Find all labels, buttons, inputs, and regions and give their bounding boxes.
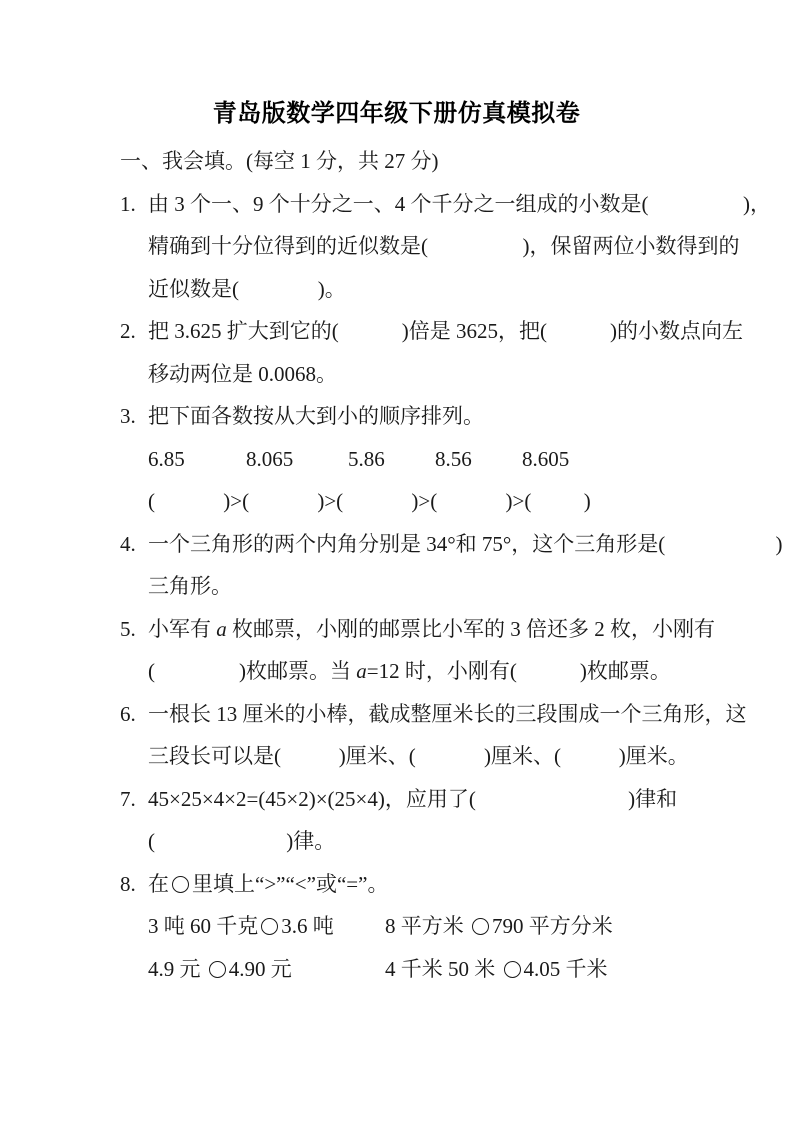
comparison-left: 3 吨 60 千克 <box>148 914 258 938</box>
comparison-circle-icon <box>172 876 189 893</box>
question-line: 4.一个三角形的两个内角分别是 34°和 75°，这个三角形是( ) <box>120 523 708 566</box>
math-variable: a <box>356 659 367 683</box>
question-text: 里填上“>”“<”或“=”。 <box>192 872 388 896</box>
question-text: 在 <box>148 872 169 896</box>
question-number: 8. <box>120 863 148 906</box>
question-text: 把 3.625 扩大到它的( )倍是 3625，把( )的小数点向左 <box>148 319 743 343</box>
question-line: ( )律。 <box>120 820 708 863</box>
math-variable: a <box>216 617 227 641</box>
question-2: 2.把 3.625 扩大到它的( )倍是 3625，把( )的小数点向左 移动两… <box>120 310 708 395</box>
question-line: 3.把下面各数按从大到小的顺序排列。 <box>120 395 708 438</box>
comparison-left: 4 千米 50 米 <box>385 957 501 981</box>
list-number: 8.56 <box>435 438 522 481</box>
question-4: 4.一个三角形的两个内角分别是 34°和 75°，这个三角形是( ) 三角形。 <box>120 523 708 608</box>
question-8: 8.在里填上“>”“<”或“=”。 3 吨 60 千克3.6 吨8 平方米 79… <box>120 863 708 991</box>
list-number: 8.605 <box>522 438 569 481</box>
question-number: 1. <box>120 183 148 226</box>
question-5: 5.小军有 a 枚邮票，小刚的邮票比小军的 3 倍还多 2 枚，小刚有 ( )枚… <box>120 608 708 693</box>
question-text: 45×25×4×2=(45×2)×(25×4)，应用了( )律和 <box>148 787 677 811</box>
number-list-row: 6.858.0655.868.568.605 <box>120 438 708 481</box>
comparison-row: 4.9 元 4.90 元4 千米 50 米 4.05 千米 <box>120 948 708 991</box>
question-number: 6. <box>120 693 148 736</box>
question-1: 1.由 3 个一、9 个十分之一、4 个千分之一组成的小数是( )， 精确到十分… <box>120 183 708 311</box>
list-number: 6.85 <box>148 438 246 481</box>
comparison-circle-icon <box>504 961 521 978</box>
list-number: 8.065 <box>246 438 348 481</box>
question-line: 三段长可以是( )厘米、( )厘米、( )厘米。 <box>120 735 708 778</box>
question-7: 7.45×25×4×2=(45×2)×(25×4)，应用了( )律和 ( )律。 <box>120 778 708 863</box>
question-6: 6.一根长 13 厘米的小棒，截成整厘米长的三段围成一个三角形，这 三段长可以是… <box>120 693 708 778</box>
question-text: 把下面各数按从大到小的顺序排列。 <box>148 404 484 428</box>
comparison-right: 3.6 吨 <box>281 914 334 938</box>
question-text: 一根长 13 厘米的小棒，截成整厘米长的三段围成一个三角形，这 <box>148 702 747 726</box>
question-text: 小军有 <box>148 617 216 641</box>
comparison-circle-icon <box>261 918 278 935</box>
question-line: 6.一根长 13 厘米的小棒，截成整厘米长的三段围成一个三角形，这 <box>120 693 708 736</box>
question-number: 3. <box>120 395 148 438</box>
question-line: 2.把 3.625 扩大到它的( )倍是 3625，把( )的小数点向左 <box>120 310 708 353</box>
exam-content: 一、我会填。(每空 1 分，共 27 分) 1.由 3 个一、9 个十分之一、4… <box>120 140 708 990</box>
question-text: ( )枚邮票。当 <box>148 659 356 683</box>
question-line: 7.45×25×4×2=(45×2)×(25×4)，应用了( )律和 <box>120 778 708 821</box>
page-title: 青岛版数学四年级下册仿真模拟卷 <box>0 0 793 130</box>
question-line: 移动两位是 0.0068。 <box>120 353 708 396</box>
question-3: 3.把下面各数按从大到小的顺序排列。 6.858.0655.868.568.60… <box>120 395 708 523</box>
section-heading: 一、我会填。(每空 1 分，共 27 分) <box>120 140 708 183</box>
question-text: 一个三角形的两个内角分别是 34°和 75°，这个三角形是( ) <box>148 532 783 556</box>
comparison-item: 4 千米 50 米 4.05 千米 <box>385 957 608 981</box>
question-line: 精确到十分位得到的近似数是( )，保留两位小数得到的 <box>120 225 708 268</box>
comparison-item: 4.9 元 4.90 元 <box>148 948 385 991</box>
question-line: 5.小军有 a 枚邮票，小刚的邮票比小军的 3 倍还多 2 枚，小刚有 <box>120 608 708 651</box>
question-line: 1.由 3 个一、9 个十分之一、4 个千分之一组成的小数是( )， <box>120 183 708 226</box>
comparison-right: 4.90 元 <box>229 957 292 981</box>
comparison-circle-icon <box>472 918 489 935</box>
question-line: 近似数是( )。 <box>120 268 708 311</box>
comparison-right: 790 平方分米 <box>492 914 613 938</box>
comparison-item: 8 平方米 790 平方分米 <box>385 914 613 938</box>
comparison-row: 3 吨 60 千克3.6 吨8 平方米 790 平方分米 <box>120 905 708 948</box>
question-number: 2. <box>120 310 148 353</box>
question-text: 枚邮票，小刚的邮票比小军的 3 倍还多 2 枚，小刚有 <box>227 617 715 641</box>
comparison-left: 8 平方米 <box>385 914 469 938</box>
question-line: 8.在里填上“>”“<”或“=”。 <box>120 863 708 906</box>
question-number: 4. <box>120 523 148 566</box>
comparison-item: 3 吨 60 千克3.6 吨 <box>148 905 385 948</box>
question-line: 三角形。 <box>120 565 708 608</box>
comparison-right: 4.05 千米 <box>524 957 608 981</box>
question-number: 5. <box>120 608 148 651</box>
answer-blanks-row: ( )>( )>( )>( )>( ) <box>120 480 708 523</box>
comparison-circle-icon <box>209 961 226 978</box>
exam-page: 青岛版数学四年级下册仿真模拟卷 一、我会填。(每空 1 分，共 27 分) 1.… <box>0 0 793 1122</box>
question-text: 由 3 个一、9 个十分之一、4 个千分之一组成的小数是( )， <box>148 192 771 216</box>
question-text: =12 时，小刚有( )枚邮票。 <box>367 659 671 683</box>
list-number: 5.86 <box>348 438 435 481</box>
question-number: 7. <box>120 778 148 821</box>
comparison-left: 4.9 元 <box>148 957 206 981</box>
question-line: ( )枚邮票。当 a=12 时，小刚有( )枚邮票。 <box>120 650 708 693</box>
